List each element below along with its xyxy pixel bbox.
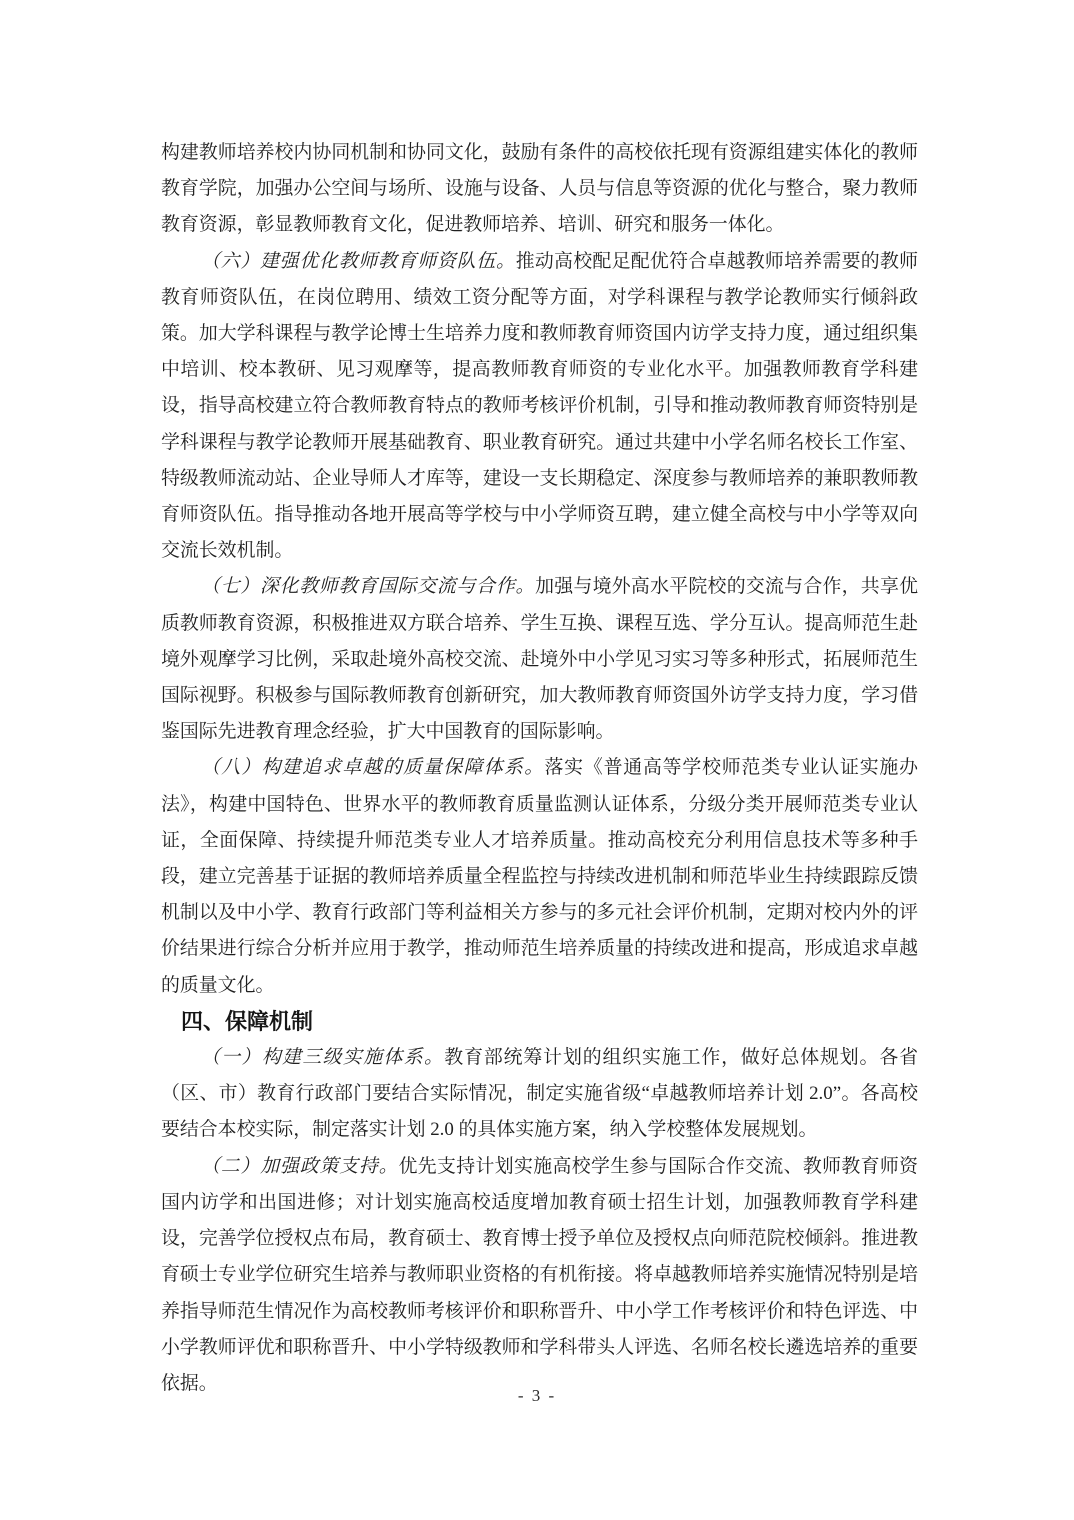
paragraph: 构建教师培养校内协同机制和协同文化，鼓励有条件的高校依托现有资源组建实体化的教师… xyxy=(161,135,918,244)
paragraph-text: 优先支持计划实施高校学生参与国际合作交流、教师教育师资国内访学和出国进修；对计划… xyxy=(161,1156,918,1394)
paragraph: （八）构建追求卓越的质量保障体系。落实《普通高等学校师范类专业认证实施办法》，构… xyxy=(161,750,918,1003)
paragraph-text: 落实《普通高等学校师范类专业认证实施办法》，构建中国特色、世界水平的教师教育质量… xyxy=(161,757,918,995)
document-page: 构建教师培养校内协同机制和协同文化，鼓励有条件的高校依托现有资源组建实体化的教师… xyxy=(0,0,1074,1520)
paragraph-text: 加强与境外高水平院校的交流与合作，共享优质教师教育资源，积极推进双方联合培养、学… xyxy=(161,576,918,742)
paragraph: （二）加强政策支持。优先支持计划实施高校学生参与国际合作交流、教师教育师资国内访… xyxy=(161,1149,918,1402)
paragraph-lead: （二）加强政策支持。 xyxy=(201,1156,399,1177)
paragraph-lead: （六）建强优化教师教育师资队伍。 xyxy=(201,251,516,272)
paragraph: （一）构建三级实施体系。教育部统筹计划的组织实施工作，做好总体规划。各省（区、市… xyxy=(161,1040,918,1149)
heading-text: 四、保障机制 xyxy=(181,1009,313,1034)
document-body: 构建教师培养校内协同机制和协同文化，鼓励有条件的高校依托现有资源组建实体化的教师… xyxy=(161,135,918,1402)
paragraph: （七）深化教师教育国际交流与合作。加强与境外高水平院校的交流与合作，共享优质教师… xyxy=(161,569,918,750)
paragraph-lead: （一）构建三级实施体系。 xyxy=(201,1047,444,1068)
paragraph-lead: （八）构建追求卓越的质量保障体系。 xyxy=(201,757,544,778)
paragraph-text: 推动高校配足配优符合卓越教师培养需要的教师教育师资队伍，在岗位聘用、绩效工资分配… xyxy=(161,251,918,562)
section-heading: 四、保障机制 xyxy=(161,1004,918,1040)
paragraph: （六）建强优化教师教育师资队伍。推动高校配足配优符合卓越教师培养需要的教师教育师… xyxy=(161,244,918,570)
paragraph-lead: （七）深化教师教育国际交流与合作。 xyxy=(201,576,535,597)
page-number: - 3 - xyxy=(0,1386,1074,1406)
paragraph-text: 构建教师培养校内协同机制和协同文化，鼓励有条件的高校依托现有资源组建实体化的教师… xyxy=(161,142,918,235)
